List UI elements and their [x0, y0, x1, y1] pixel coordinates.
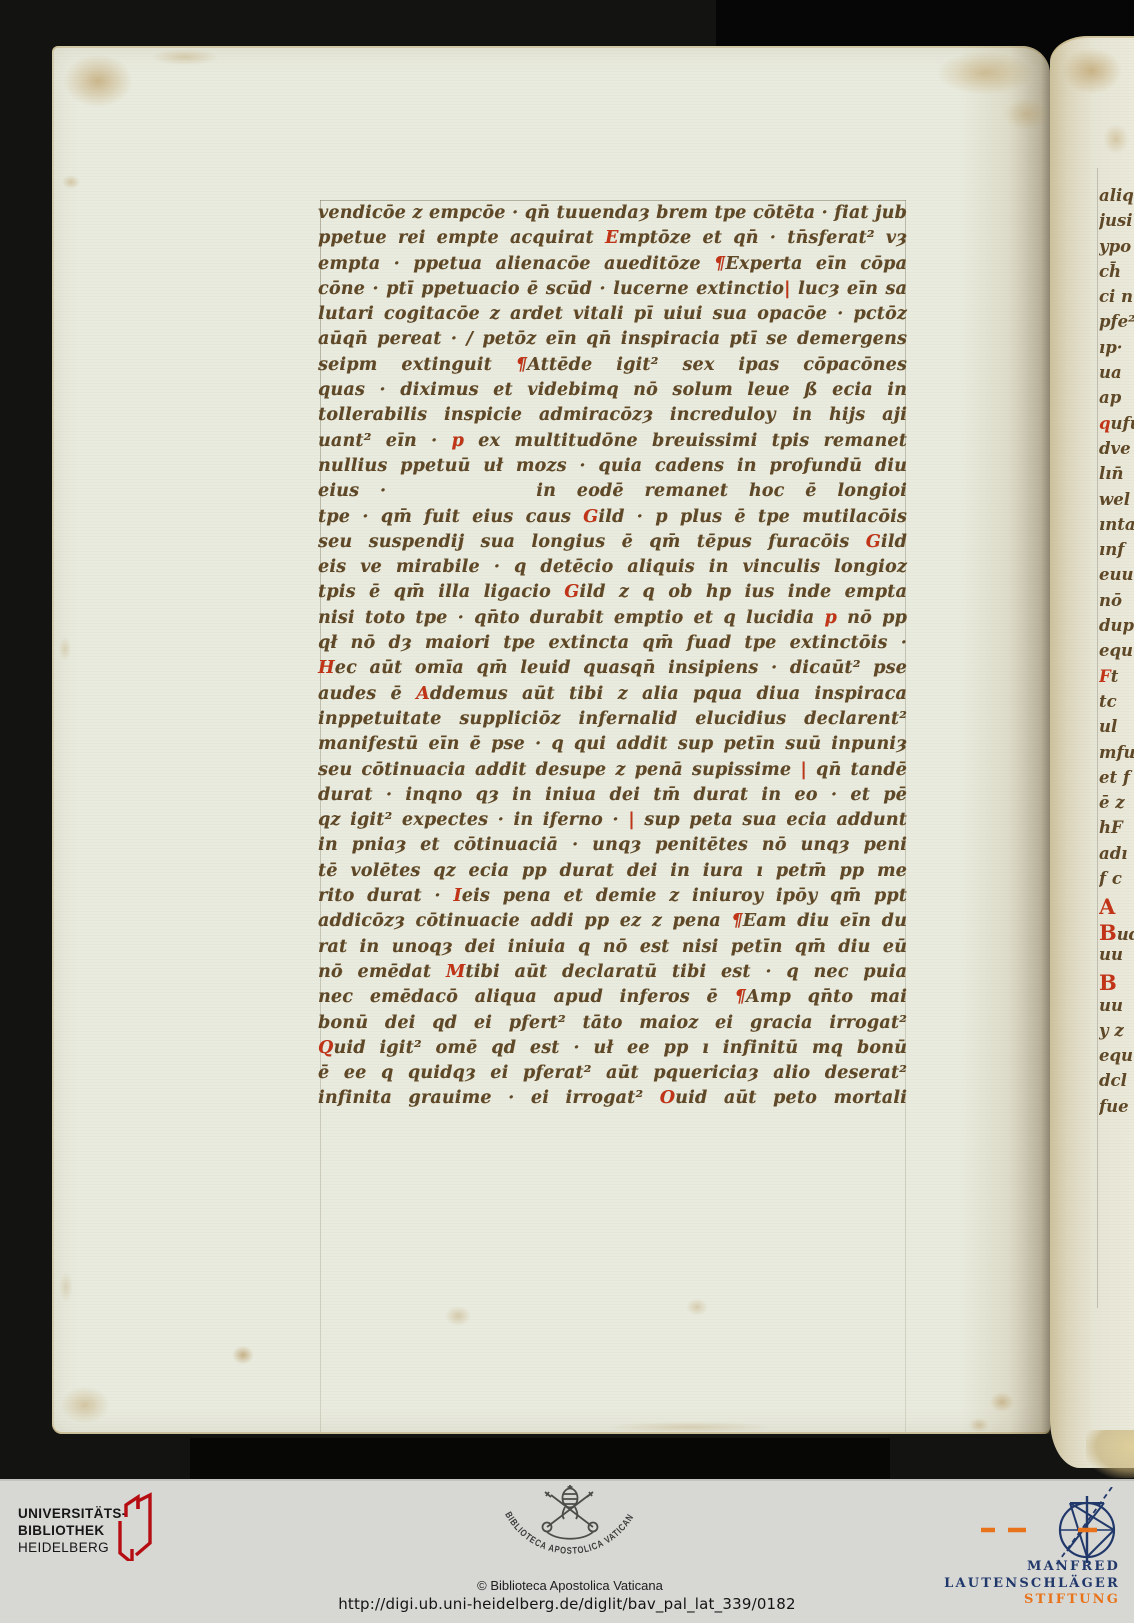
- ink-text: pfe²: [1099, 312, 1134, 331]
- ink-text: ppetue rei empte acquirat: [318, 228, 605, 248]
- manuscript-line: uant² eīn · p ex multitudōne breuissimi …: [318, 431, 907, 456]
- manuscript-fragment-line: uu: [1099, 945, 1134, 970]
- ink-text: seu suspendij sua longius ē qm̄ tēpus fu…: [318, 532, 866, 552]
- ink-text: ufu: [1111, 414, 1134, 433]
- rubric-mark: B: [1099, 920, 1117, 945]
- rubric-mark: ¶: [516, 355, 527, 375]
- ink-text: in pniaȝ et cōtinuaciā · unqȝ penitētes …: [318, 835, 907, 855]
- rubric-mark: |: [628, 810, 635, 830]
- manuscript-fragment-line: fue: [1099, 1097, 1134, 1122]
- ink-text: Amp qn̄to mai: [746, 987, 907, 1007]
- manuscript-line: seipm extinguit ¶Attēde igit² sex ipas c…: [318, 355, 907, 380]
- ink-text: eius ·: [318, 481, 386, 501]
- manuscript-line: cōne · ptī ppetuacio ē scūd · lucerne ex…: [318, 279, 907, 304]
- manuscript-line: tpe · qm̄ fuit eius caus Gild · p plus ē…: [318, 507, 907, 532]
- rubric-mark: Q: [318, 1038, 333, 1058]
- mls-line2: LAUTENSCHLÄGER: [930, 1576, 1120, 1593]
- manuscript-line: tpis ē qm̄ illa ligacio Gild z q ob hp i…: [318, 582, 907, 607]
- manuscript-line: eius ·in eodē remanet hoc ē longioi: [318, 481, 907, 506]
- ink-text: Eam diu eīn du: [743, 911, 907, 931]
- ink-text: ypo: [1099, 237, 1131, 256]
- stain: [50, 44, 146, 118]
- ink-text: ec aūt omīa qm̄ leuid quasqn̄ insipiens …: [335, 658, 907, 678]
- manuscript-line: rito durat · Ieis pena et demie z iniuro…: [318, 886, 907, 911]
- stain: [440, 1302, 476, 1330]
- ink-text: nō pp: [837, 608, 907, 628]
- rubric-mark: B: [1099, 970, 1117, 995]
- facing-page-text-fragments: aliqjusiypoch̄ci npfe²ıp·uaapqufudvelın̄…: [1099, 186, 1134, 1122]
- mls-line1: MANFRED: [930, 1559, 1120, 1576]
- stain: [58, 172, 84, 192]
- stain: [140, 46, 230, 68]
- manuscript-line: aūqn̄ pereat · / petōz eīn qn̄ inspiraci…: [318, 329, 907, 354]
- manuscript-fragment-line: ıp·: [1099, 338, 1134, 363]
- manuscript-fragment-line: euu: [1099, 565, 1134, 590]
- manuscript-fragment-line: equ: [1099, 1046, 1134, 1071]
- text-gap: [386, 495, 536, 496]
- ink-text: eis pena et demie z iniuroy ipōy qm̄ ppt: [462, 886, 907, 906]
- manuscript-line: qł nō dȝ maiori tpe extincta qm̄ fuad tp…: [318, 633, 907, 658]
- rubric-mark: F: [1099, 667, 1111, 686]
- manuscript-fragment-line: ch̄: [1099, 262, 1134, 287]
- rubric-mark: q: [1099, 414, 1111, 433]
- ink-text: equ: [1099, 641, 1133, 660]
- ink-text: quas · diximus et videbimq nō solum leue…: [318, 380, 907, 400]
- ink-text: uant² eīn ·: [318, 431, 452, 451]
- ink-text: seu cōtinuacia addit desupe z penā supis…: [318, 760, 800, 780]
- manuscript-line: nec emēdacō aliqua apud inferos ē ¶Amp q…: [318, 987, 907, 1012]
- ink-text: inppetuitate suppliciōz infernalid eluci…: [318, 709, 907, 729]
- manuscript-line: inppetuitate suppliciōz infernalid eluci…: [318, 709, 907, 734]
- ink-text: ild: [881, 532, 907, 552]
- ink-text: ul: [1099, 717, 1117, 736]
- ink-text: in eodē remanet hoc ē longioi: [536, 481, 907, 501]
- ink-text: nec emēdacō aliqua apud inferos ē: [318, 987, 735, 1007]
- manuscript-line: audes ē Addemus aūt tibi z alia pqua diu…: [318, 684, 907, 709]
- manuscript-fragment-line: dve: [1099, 439, 1134, 464]
- ink-text: tpe · qm̄ fuit eius caus: [318, 507, 583, 527]
- ruling-line-horizontal: [320, 200, 906, 201]
- rubric-mark: p: [452, 431, 464, 451]
- ink-text: ap: [1099, 388, 1121, 407]
- manuscript-line: nisi toto tpe · qn̄to durabit emptio et …: [318, 608, 907, 633]
- ink-text: manifestū eīn ē pse · q qui addit sup pe…: [318, 734, 907, 754]
- rubric-mark: ¶: [731, 911, 742, 931]
- ink-text: sup peta sua ecia addunt: [635, 810, 907, 830]
- manuscript-fragment-line: hF: [1099, 818, 1134, 843]
- rubric-mark: |: [784, 279, 791, 299]
- ink-text: ex multitudōne breuissimi tpis remanet: [464, 431, 907, 451]
- mls-wordmark: MANFRED LAUTENSCHLÄGER STIFTUNG: [930, 1559, 1120, 1609]
- vatican-copyright: © Biblioteca Apostolica Vaticana: [370, 1578, 770, 1593]
- manuscript-line: in pniaȝ et cōtinuaciā · unqȝ penitētes …: [318, 835, 907, 860]
- manuscript-line: rat in unoqȝ dei iniuia q nō est nisi pe…: [318, 937, 907, 962]
- manuscript-fragment-line: qufu: [1099, 414, 1134, 439]
- stain: [52, 1380, 118, 1430]
- manuscript-line: tollerabilis inspicie admiracōzȝ incredu…: [318, 405, 907, 430]
- ink-text: lucȝ eīn sa: [791, 279, 907, 299]
- ink-text: adı: [1099, 844, 1128, 863]
- ink-text: fue: [1099, 1097, 1129, 1116]
- manuscript-fragment-line: mfu: [1099, 743, 1134, 768]
- ink-text: wel: [1099, 490, 1130, 509]
- manuscript-fragment-line: A: [1099, 894, 1134, 919]
- ink-text: empta · ppetua alienacōe aueditōze: [318, 254, 714, 274]
- rubric-mark: H: [318, 658, 335, 678]
- ink-text: hF: [1099, 818, 1123, 837]
- stain: [682, 1295, 712, 1319]
- ink-text: lın̄: [1099, 464, 1124, 483]
- manuscript-fragment-line: ē z: [1099, 793, 1134, 818]
- manuscript-fragment-line: et f: [1099, 768, 1134, 793]
- scan-source-url: http://digi.ub.uni-heidelberg.de/diglit/…: [267, 1595, 867, 1613]
- manuscript-line: ppetue rei empte acquirat Emptōze et qn̄…: [318, 228, 907, 253]
- ink-text: f c: [1099, 869, 1122, 888]
- manuscript-fragment-line: nō: [1099, 591, 1134, 616]
- stain: [585, 1420, 795, 1434]
- ink-text: eis ve mirabile · q detēcio aliquis in v…: [318, 557, 907, 577]
- stain: [1098, 118, 1134, 160]
- manuscript-text-block: vendicōe z empcōe · qn̄ tuuendaȝ brem tp…: [318, 203, 907, 1114]
- manuscript-line: empta · ppetua alienacōe aueditōze ¶Expe…: [318, 254, 907, 279]
- ink-text: aūqn̄ pereat · / petōz eīn qn̄ inspiraci…: [318, 329, 907, 349]
- rubric-mark: A: [1099, 894, 1115, 919]
- manuscript-fragment-line: ypo: [1099, 237, 1134, 262]
- manuscript-line: vendicōe z empcōe · qn̄ tuuendaȝ brem tp…: [318, 203, 907, 228]
- manuscript-fragment-line: pfe²: [1099, 312, 1134, 337]
- svg-text:BIBLIOTECA APOSTOLICA VATICANA: BIBLIOTECA APOSTOLICA VATICANA: [487, 1485, 636, 1557]
- manuscript-line: lutari cogitacōe z ardet vitali pī uiui …: [318, 304, 907, 329]
- ink-text: ē z: [1099, 793, 1125, 812]
- stain: [228, 1342, 258, 1368]
- ink-text: qz igit² expectes · in iferno ·: [318, 810, 628, 830]
- ink-text: Experta eīn cōpa: [725, 254, 907, 274]
- ink-text: mptōze et qn̄ · tn̄sferat² vȝ: [619, 228, 908, 248]
- background-shadow-bottom: [190, 1438, 890, 1479]
- page-corner-highlight: [1086, 1430, 1134, 1478]
- manuscript-line: Quid igit² omē qd est · uł ee pp ı infin…: [318, 1038, 907, 1063]
- manuscript-fragment-line: tc: [1099, 692, 1134, 717]
- rubric-mark: |: [800, 760, 807, 780]
- ink-text: dcl: [1099, 1071, 1127, 1090]
- manuscript-line: quas · diximus et videbimq nō solum leue…: [318, 380, 907, 405]
- stain: [995, 92, 1057, 136]
- ink-text: tibi aūt declaratū tibi est · q nec puia: [465, 962, 907, 982]
- ink-text: ē ee q quidqȝ ei pferat² aūt pquericiaȝ …: [318, 1063, 907, 1083]
- manuscript-fragment-line: ınta: [1099, 515, 1134, 540]
- ink-text: uid aūt peto mortali: [675, 1088, 907, 1108]
- ink-text: audes ē: [318, 684, 416, 704]
- ink-text: bonū dei qd ei pfert² tāto maioz ei grac…: [318, 1013, 907, 1033]
- ink-text: ci n: [1099, 287, 1133, 306]
- ink-text: uu: [1099, 996, 1123, 1015]
- ink-text: nisi toto tpe · qn̄to durabit emptio et …: [318, 608, 825, 628]
- mls-line3: STIFTUNG: [930, 1592, 1120, 1609]
- ink-text: ıp·: [1099, 338, 1123, 357]
- compass-circle-icon: [950, 1487, 1128, 1565]
- manuscript-fragment-line: uu: [1099, 996, 1134, 1021]
- ink-text: dve: [1099, 439, 1131, 458]
- ink-text: t: [1111, 667, 1119, 686]
- rubric-mark: O: [660, 1088, 675, 1108]
- ink-text: dup: [1099, 616, 1134, 635]
- manuscript-fragment-line: ınf: [1099, 540, 1134, 565]
- ink-text: infinita grauime · ei irrogat²: [318, 1088, 660, 1108]
- manuscript-fragment-line: dup: [1099, 616, 1134, 641]
- ink-text: tē volētes qz ecia pp durat dei in iura …: [318, 861, 907, 881]
- ink-text: nullius ppetuū uł mozs · quia cadens in …: [318, 456, 907, 476]
- manuscript-line: infinita grauime · ei irrogat² Ouid aūt …: [318, 1088, 907, 1113]
- ink-text: qn̄ tandē: [807, 760, 907, 780]
- manuscript-fragment-line: wel: [1099, 490, 1134, 515]
- ink-text: equ: [1099, 1046, 1133, 1065]
- heidelberg-open-book-icon: [106, 1491, 164, 1561]
- stain: [56, 632, 74, 666]
- ink-text: ild · p plus ē tpe mutilacōis: [598, 507, 907, 527]
- stain: [985, 1388, 1019, 1416]
- manuscript-fragment-line: ap: [1099, 388, 1134, 413]
- ink-text: ch̄: [1099, 262, 1121, 281]
- manuscript-fragment-line: B: [1099, 970, 1134, 995]
- manuscript-fragment-line: dcl: [1099, 1071, 1134, 1096]
- manuscript-line: nullius ppetuū uł mozs · quia cadens in …: [318, 456, 907, 481]
- ink-text: uu: [1099, 945, 1123, 964]
- manuscript-fragment-line: ua: [1099, 363, 1134, 388]
- ruling-line-recto: [1097, 168, 1098, 1308]
- manuscript-line: qz igit² expectes · in iferno · | sup pe…: [318, 810, 907, 835]
- ink-text: seipm extinguit: [318, 355, 516, 375]
- manuscript-line: manifestū eīn ē pse · q qui addit sup pe…: [318, 734, 907, 759]
- manuscript-line: addicōzȝ cōtinuacie addi pp ez z pena ¶E…: [318, 911, 907, 936]
- manuscript-fragment-line: ul: [1099, 717, 1134, 742]
- rubric-mark: G: [583, 507, 598, 527]
- ink-text: ınta: [1099, 515, 1134, 534]
- stain: [56, 1265, 76, 1309]
- ink-text: addicōzȝ cōtinuacie addi pp ez z pena: [318, 911, 731, 931]
- ink-text: Attēde igit² sex ipas cōpacōnes: [527, 355, 907, 375]
- rubric-mark: G: [866, 532, 881, 552]
- manuscript-fragment-line: lın̄: [1099, 464, 1134, 489]
- manuscript-line: eis ve mirabile · q detēcio aliquis in v…: [318, 557, 907, 582]
- ink-text: nō: [1099, 591, 1122, 610]
- manuscript-fragment-line: equ: [1099, 641, 1134, 666]
- ink-text: ddemus aūt tibi z alia pqua diua inspira…: [430, 684, 907, 704]
- ink-text: mfu: [1099, 743, 1134, 762]
- ink-text: aliq: [1099, 186, 1134, 205]
- scan-photo: vendicōe z empcōe · qn̄ tuuendaȝ brem tp…: [0, 0, 1134, 1623]
- rubric-mark: ¶: [735, 987, 746, 1007]
- rubric-mark: G: [564, 582, 579, 602]
- manuscript-line: nō emēdat Mtibi aūt declaratū tibi est ·…: [318, 962, 907, 987]
- manuscript-fragment-line: Ft: [1099, 667, 1134, 692]
- ink-text: rat in unoqȝ dei iniuia q nō est nisi pe…: [318, 937, 907, 957]
- ink-text: lutari cogitacōe z ardet vitali pī uiui …: [318, 304, 907, 324]
- rubric-mark: E: [605, 228, 619, 248]
- ink-text: ua: [1099, 363, 1122, 382]
- manuscript-fragment-line: ci n: [1099, 287, 1134, 312]
- crossed-keys-tiara-icon: BIBLIOTECA APOSTOLICA VATICANA: [487, 1485, 653, 1575]
- ink-text: qł nō dȝ maiori tpe extincta qm̄ fuad tp…: [318, 633, 907, 653]
- ink-text: vendicōe z empcōe · qn̄ tuuendaȝ brem tp…: [318, 203, 907, 223]
- ink-text: ild z q ob hp ius inde empta: [579, 582, 907, 602]
- manuscript-line: durat · inqno qȝ in iniua dei tm̄ durat …: [318, 785, 907, 810]
- stain: [965, 1415, 993, 1435]
- ink-text: ud: [1117, 925, 1134, 944]
- rubric-mark: M: [446, 962, 466, 982]
- footer-bar: UNIVERSITÄTS- BIBLIOTHEK HEIDELBERG: [0, 1479, 1134, 1623]
- manuscript-fragment-line: adı: [1099, 844, 1134, 869]
- manuscript-line: seu suspendij sua longius ē qm̄ tēpus fu…: [318, 532, 907, 557]
- rubric-mark: ¶: [714, 254, 725, 274]
- ink-text: euu: [1099, 565, 1134, 584]
- ink-text: tollerabilis inspicie admiracōzȝ incredu…: [318, 405, 907, 425]
- ink-text: cōne · ptī ppetuacio ē scūd · lucerne ex…: [318, 279, 784, 299]
- rubric-mark: I: [453, 886, 461, 906]
- manuscript-fragment-line: aliq: [1099, 186, 1134, 211]
- vatican-arc-text: BIBLIOTECA APOSTOLICA VATICANA: [487, 1485, 636, 1557]
- ink-text: jusi: [1099, 211, 1133, 230]
- ink-text: y z: [1099, 1021, 1124, 1040]
- ink-text: rito durat ·: [318, 886, 453, 906]
- manuscript-line: ē ee q quidqȝ ei pferat² aūt pquericiaȝ …: [318, 1063, 907, 1088]
- manuscript-fragment-line: jusi: [1099, 211, 1134, 236]
- stain: [1052, 40, 1132, 102]
- ink-text: et f: [1099, 768, 1130, 787]
- ink-text: tpis ē qm̄ illa ligacio: [318, 582, 564, 602]
- manuscript-line: Hec aūt omīa qm̄ leuid quasqn̄ insipiens…: [318, 658, 907, 683]
- manuscript-fragment-line: Bud: [1099, 920, 1134, 945]
- manuscript-line: bonū dei qd ei pfert² tāto maioz ei grac…: [318, 1013, 907, 1038]
- gutter-shadow: [960, 46, 1050, 1434]
- manuscript-line: seu cōtinuacia addit desupe z penā supis…: [318, 760, 907, 785]
- rubric-mark: A: [416, 684, 430, 704]
- ink-text: uid igit² omē qd est · uł ee pp ı infini…: [333, 1038, 907, 1058]
- manuscript-fragment-line: y z: [1099, 1021, 1134, 1046]
- ink-text: tc: [1099, 692, 1117, 711]
- ink-text: nō emēdat: [318, 962, 446, 982]
- rubric-mark: p: [825, 608, 837, 628]
- ink-text: ınf: [1099, 540, 1124, 559]
- manuscript-line: tē volētes qz ecia pp durat dei in iura …: [318, 861, 907, 886]
- manuscript-fragment-line: f c: [1099, 869, 1134, 894]
- ink-text: durat · inqno qȝ in iniua dei tm̄ durat …: [318, 785, 907, 805]
